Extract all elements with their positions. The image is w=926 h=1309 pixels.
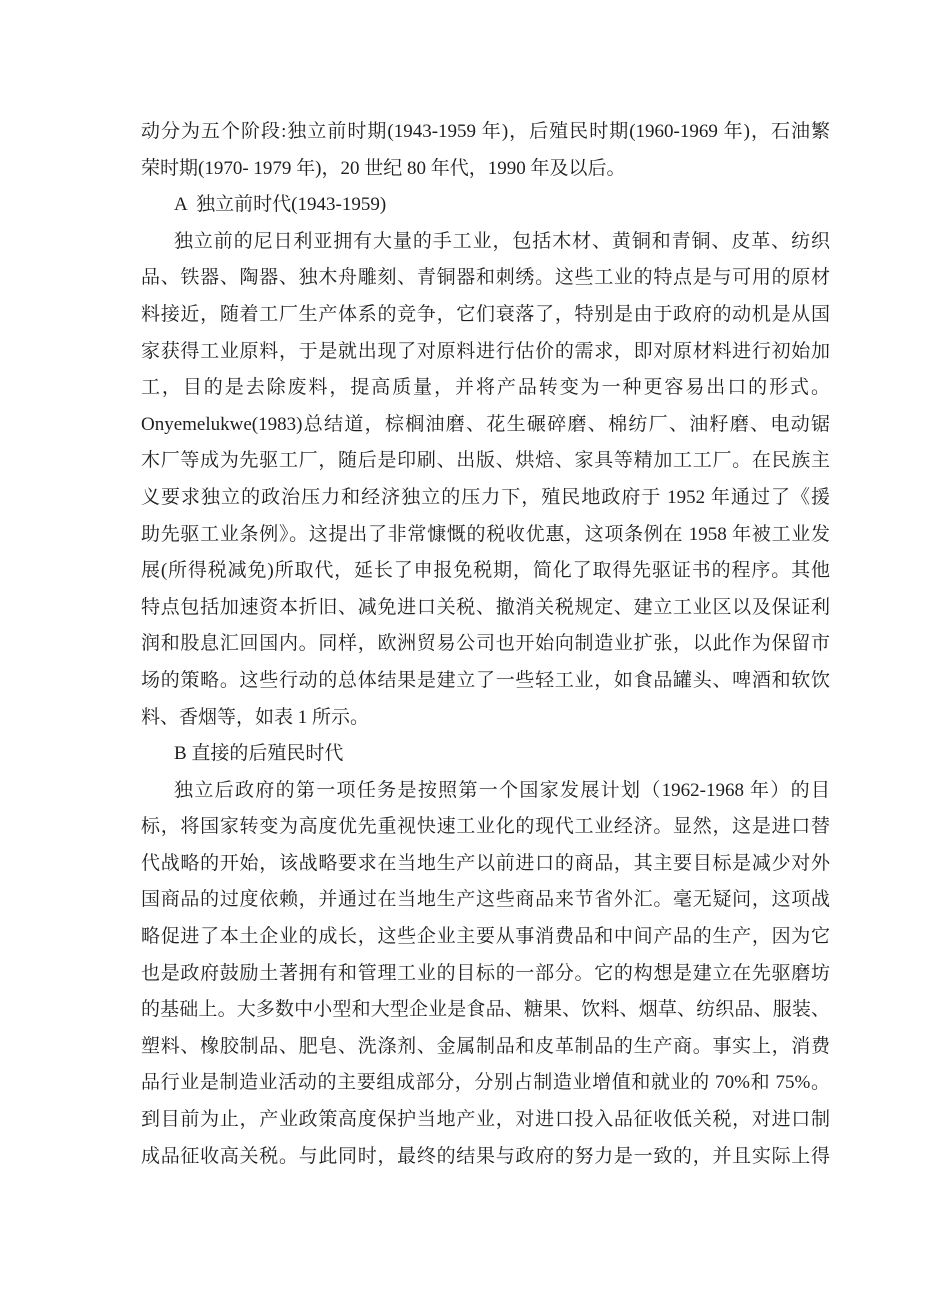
paragraph-line: 特点包括加速资本折旧、减免进口关税、撤消关税规定、建立工业区以及保证利 (141, 590, 830, 627)
paragraph-line: 动分为五个阶段:独立前时期(1943-1959 年)，后殖民时期(1960-19… (141, 114, 830, 151)
paragraph-line: 的基础上。大多数中小型和大型企业是食品、糖果、饮料、烟草、纺织品、服装、 (141, 992, 830, 1029)
paragraph-line: 成品征收高关税。与此同时，最终的结果与政府的努力是一致的，并且实际上得 (141, 1139, 830, 1176)
heading-section-a: A 独立前时代(1943-1959) (141, 187, 830, 224)
paragraph-line: 场的策略。这些行动的总体结果是建立了一些轻工业，如食品罐头、啤酒和软饮 (141, 663, 830, 700)
paragraph-line: 工，目的是去除废料，提高质量，并将产品转变为一种更容易出口的形式。 (141, 370, 830, 407)
paragraph-line: 料接近，随着工厂生产体系的竞争，它们衰落了，特别是由于政府的动机是从国 (141, 297, 830, 334)
paragraph-line: 家获得工业原料，于是就出现了对原料进行估价的需求，即对原材料进行初始加 (141, 334, 830, 371)
paragraph-line: 也是政府鼓励土著拥有和管理工业的目标的一部分。它的构想是建立在先驱磨坊 (141, 956, 830, 993)
paragraph-line: 品、铁器、陶器、独木舟雕刻、青铜器和刺绣。这些工业的特点是与可用的原材 (141, 260, 830, 297)
paragraph-line: 独立后政府的第一项任务是按照第一个国家发展计划（1962-1968 年）的目 (141, 773, 830, 810)
paragraph-line: 到目前为止，产业政策高度保护当地产业，对进口投入品征收低关税，对进口制 (141, 1102, 830, 1139)
paragraph-line: 略促进了本土企业的成长，这些企业主要从事消费品和中间产品的生产，因为它 (141, 919, 830, 956)
paragraph-line: 品行业是制造业活动的主要组成部分，分别占制造业增值和就业的 70%和 75%。 (141, 1065, 830, 1102)
paragraph-line: 木厂等成为先驱工厂，随后是印刷、出版、烘焙、家具等精加工工厂。在民族主 (141, 443, 830, 480)
paragraph-line: 荣时期(1970- 1979 年)，20 世纪 80 年代，1990 年及以后。 (141, 151, 830, 188)
paragraph-line: 义要求独立的政治压力和经济独立的压力下，殖民地政府于 1952 年通过了《援 (141, 480, 830, 517)
paragraph-line: 助先驱工业条例》。这提出了非常慷慨的税收优惠，这项条例在 1958 年被工业发 (141, 517, 830, 554)
paragraph-line: 塑料、橡胶制品、肥皂、洗涤剂、金属制品和皮革制品的生产商。事实上，消费 (141, 1029, 830, 1066)
paragraph-line: 标，将国家转变为高度优先重视快速工业化的现代工业经济。显然，这是进口替 (141, 809, 830, 846)
document-text: 动分为五个阶段:独立前时期(1943-1959 年)，后殖民时期(1960-19… (141, 114, 830, 1175)
paragraph-line: 代战略的开始，该战略要求在当地生产以前进口的商品，其主要目标是减少对外 (141, 846, 830, 883)
document-page: 动分为五个阶段:独立前时期(1943-1959 年)，后殖民时期(1960-19… (0, 0, 926, 1309)
heading-section-b: B 直接的后殖民时代 (141, 736, 830, 773)
paragraph-line: Onyemelukwe(1983)总结道，棕榈油磨、花生碾碎磨、棉纺厂、油籽磨、… (141, 407, 830, 444)
paragraph-line: 国商品的过度依赖，并通过在当地生产这些商品来节省外汇。毫无疑问，这项战 (141, 882, 830, 919)
paragraph-line: 展(所得税减免)所取代，延长了申报免税期，简化了取得先驱证书的程序。其他 (141, 553, 830, 590)
paragraph-line: 润和股息汇回国内。同样，欧洲贸易公司也开始向制造业扩张，以此作为保留市 (141, 626, 830, 663)
paragraph-line: 料、香烟等，如表 1 所示。 (141, 700, 830, 737)
paragraph-line: 独立前的尼日利亚拥有大量的手工业，包括木材、黄铜和青铜、皮革、纺织 (141, 224, 830, 261)
